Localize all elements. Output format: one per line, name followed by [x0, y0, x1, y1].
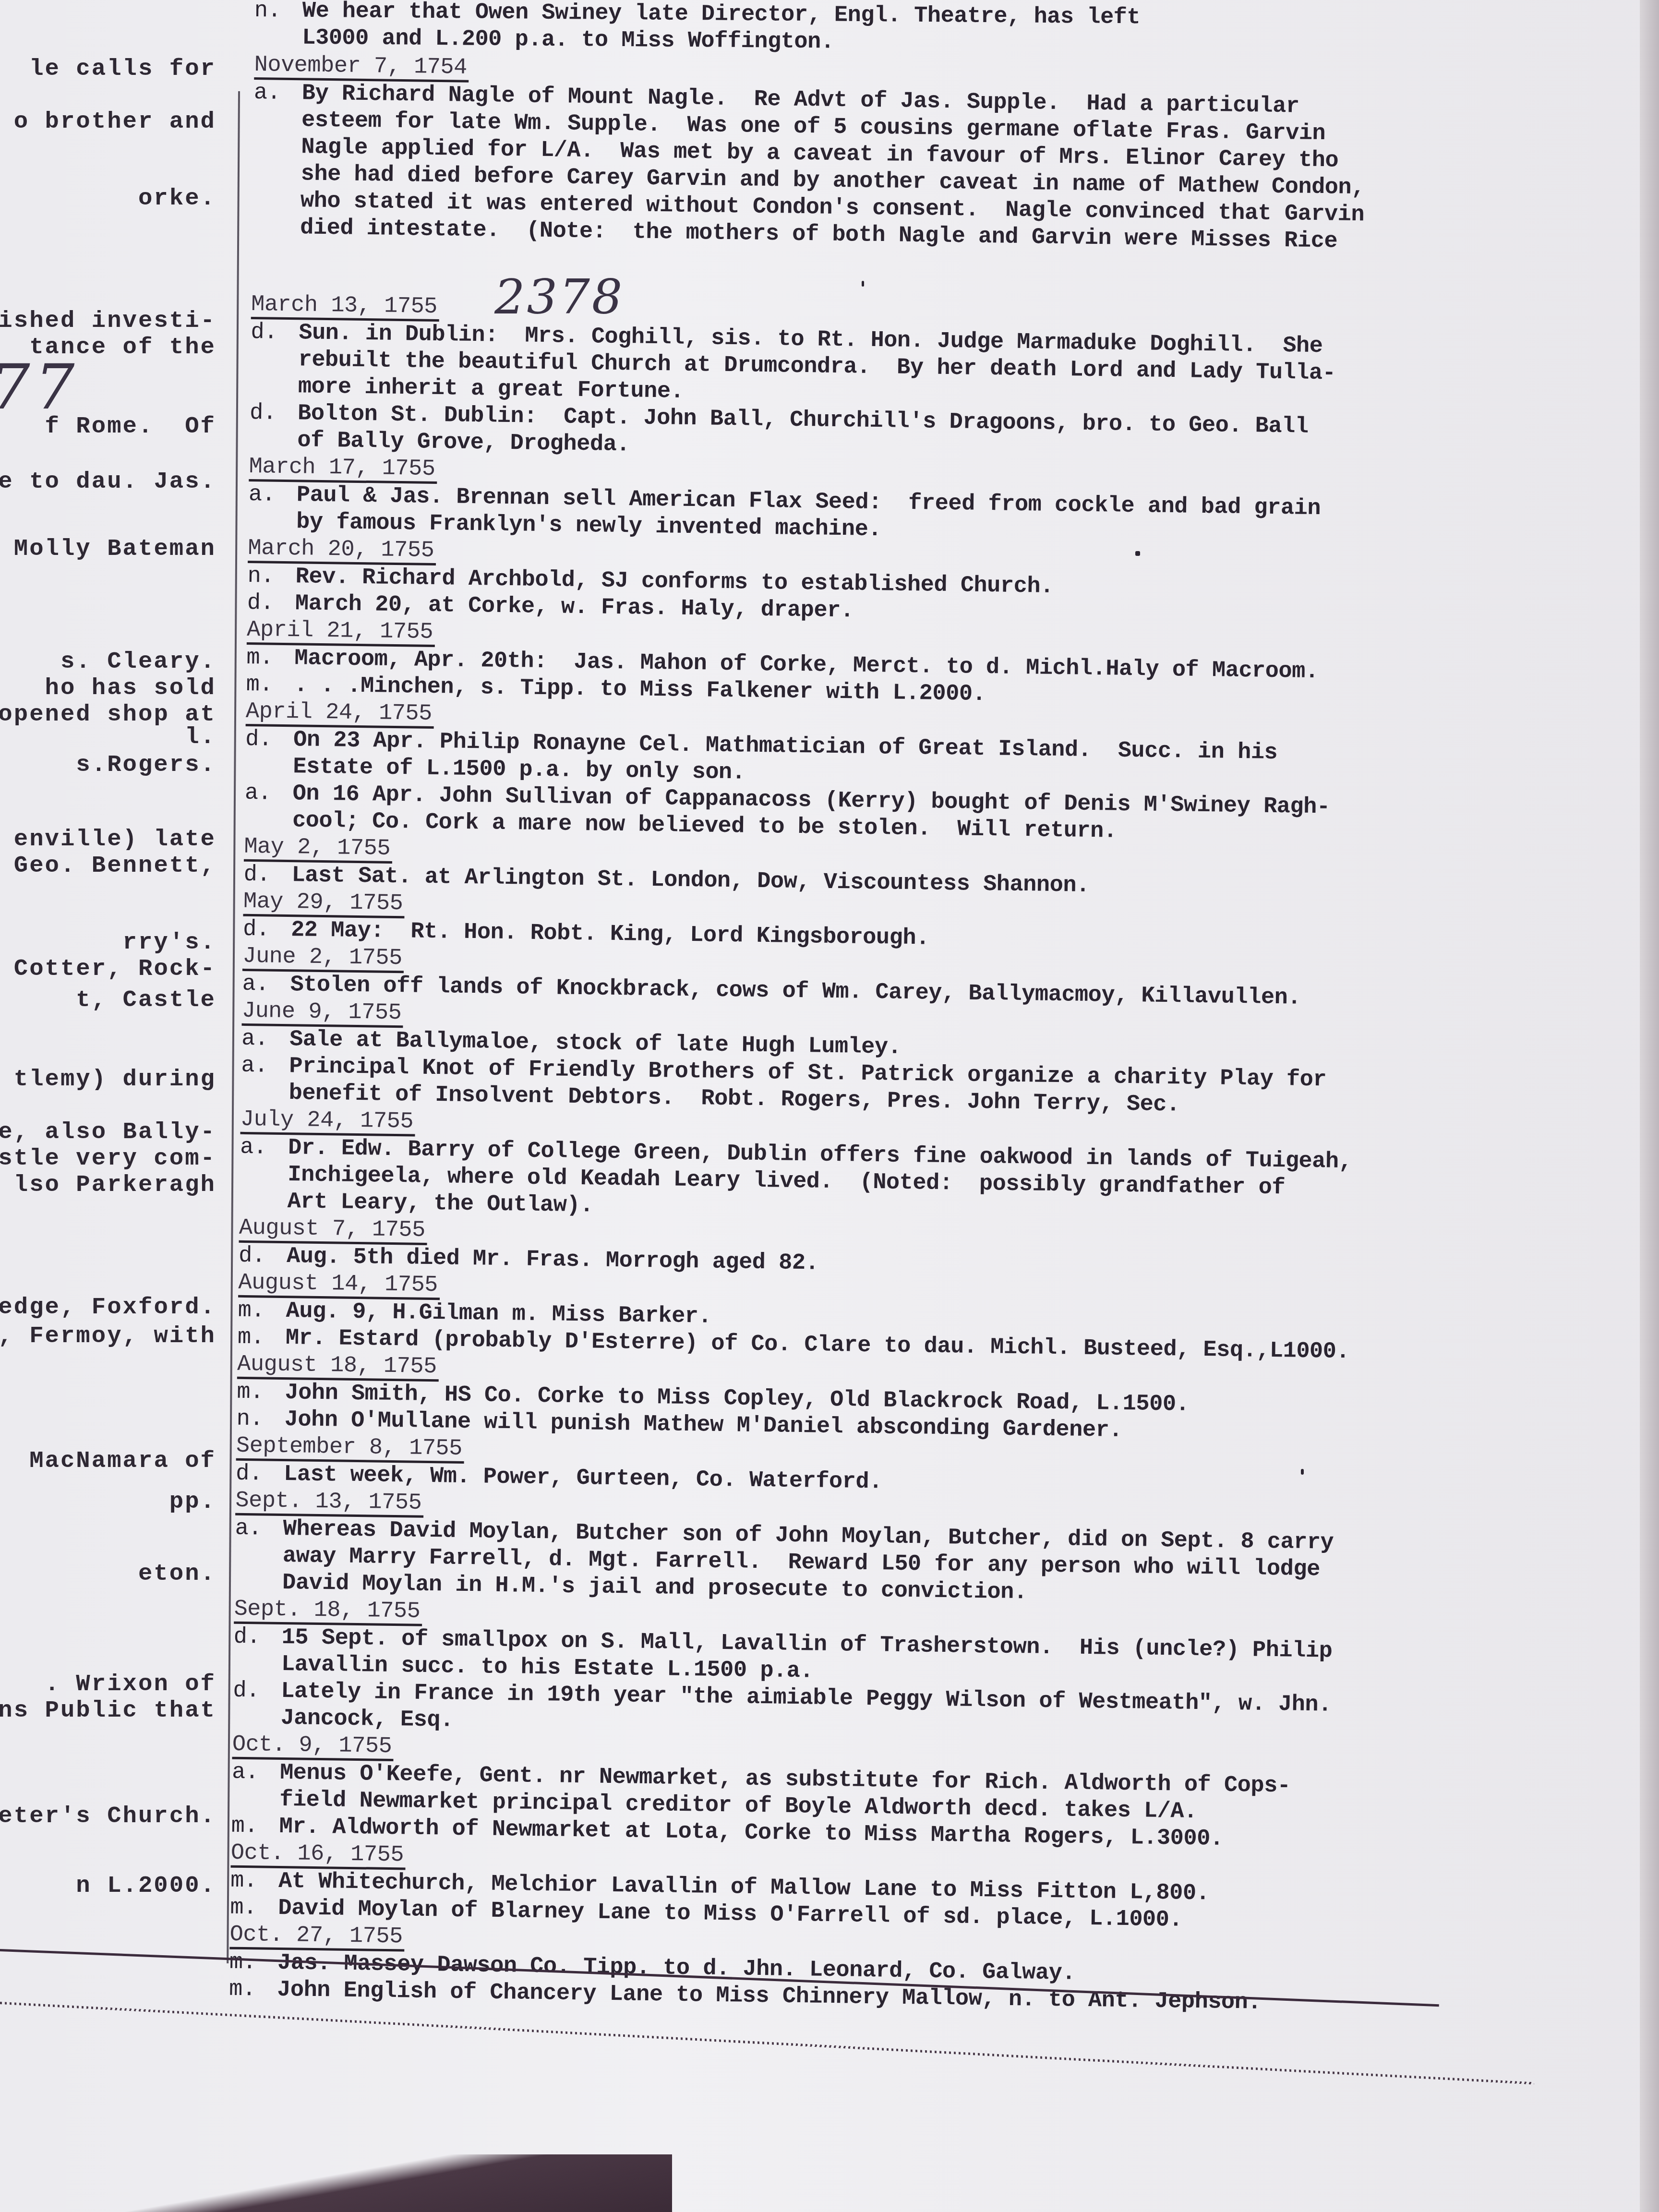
page-edge [1640, 0, 1659, 2212]
margin-text-fragment: Geo. Bennett, [14, 852, 216, 879]
margin-text-fragment: lso Parkeragh [14, 1171, 216, 1198]
dated-section: Sept. 13, 1755a.Whereas David Moylan, Bu… [234, 1488, 1532, 1613]
margin-text-fragment: opened shop at [0, 701, 216, 728]
margin-text-fragment: , Fermoy, with [0, 1322, 216, 1349]
margin-text-fragment: rry's. [123, 929, 216, 956]
top-continuation: n. We hear that Owen Swiney late Directo… [254, 0, 1551, 61]
section-date: March 20, 1755 [248, 537, 436, 565]
dated-section: July 24, 1755a.Dr. Edw. Barry of College… [239, 1106, 1537, 1232]
section-date: August 7, 1755 [239, 1216, 428, 1245]
entry-tag: d. [245, 726, 294, 754]
dated-section: April 24, 1755d.On 23 Apr. Philip Ronayn… [244, 698, 1542, 851]
entry-tag: d. [233, 1678, 281, 1705]
section-date: August 18, 1755 [237, 1353, 439, 1382]
handwritten-page-number: 2378 [494, 269, 625, 325]
section-date: June 2, 1755 [242, 945, 404, 973]
main-column: November 7, 1754a.By Richard Nagle of Mo… [229, 52, 1551, 2020]
margin-text-fragment: t, Castle [76, 986, 216, 1013]
entry-tag: m. [229, 1949, 278, 1977]
entry-tag: a. [235, 1515, 283, 1543]
section-date: Sept. 18, 1755 [234, 1598, 422, 1626]
ink-speck [1135, 551, 1140, 556]
entry-tag: d. [250, 400, 298, 427]
entry-tag: a. [241, 1026, 290, 1053]
margin-text-fragment: Peter's Church. [0, 1803, 216, 1829]
section-date: March 17, 1755 [249, 455, 437, 484]
section-date: Oct. 9, 1755 [232, 1733, 394, 1761]
margin-text-fragment: Molly Bateman [14, 535, 216, 562]
margin-text-fragment: o brother and [14, 108, 216, 135]
ink-speck [862, 281, 864, 287]
entry-tag: d. [243, 862, 292, 889]
entry-tag: d. [247, 590, 296, 617]
margin-text-fragment: ho has sold [45, 674, 216, 701]
scanned-page: le calls foro brother andorke.ished inve… [0, 0, 1659, 2212]
section-date: Oct. 16, 1755 [230, 1841, 406, 1870]
entry-tag: a. [240, 1134, 289, 1162]
margin-text-fragment: s. Cleary. [60, 648, 216, 675]
margin-text-fragment: edge, Foxford. [0, 1294, 216, 1321]
section-date: Sept. 13, 1755 [235, 1489, 424, 1518]
entry-tag: d. [243, 916, 291, 944]
margin-text-fragment: Cotter, Rock- [14, 955, 216, 982]
dated-section: March 13, 1755d.Sun. in Dublin: Mrs. Cog… [249, 241, 1548, 470]
section-date: July 24, 1755 [240, 1108, 415, 1137]
margin-text-fragment: MacNamara of [29, 1447, 216, 1474]
margin-text-fragment: le calls for [29, 55, 216, 82]
list-item: n. We hear that Owen Swiney late Directo… [254, 0, 1551, 61]
entry-tag: a. [249, 481, 297, 509]
margin-text-fragment: orke. [138, 185, 216, 212]
entry-tag: a. [241, 1053, 289, 1080]
margin-text-fragment: l. [185, 723, 216, 750]
entry-text: Whereas David Moylan, Butcher son of Joh… [282, 1516, 1531, 1613]
entry-tag: a. [254, 80, 302, 107]
handwritten-left-number: 77 [0, 350, 79, 423]
section-date: June 9, 1755 [241, 999, 403, 1028]
entry-text: Dr. Edw. Barry of College Green, Dublin … [287, 1135, 1536, 1232]
margin-text-fragment: astle very com- [0, 1145, 216, 1172]
margin-text-fragment: s.Rogers. [76, 751, 216, 778]
entry-tag: m. [229, 1976, 277, 2004]
entry-tag: a. [244, 780, 293, 807]
entry-tag: d. [233, 1624, 282, 1651]
entry-text: We hear that Owen Swiney late Director, … [302, 0, 1551, 61]
dated-section: November 7, 1754a.By Richard Nagle of Mo… [252, 52, 1551, 258]
entry-tag: m. [238, 1298, 286, 1325]
section-date: August 14, 1755 [238, 1271, 440, 1300]
entry-tag: n. [247, 563, 296, 590]
ink-speck [1301, 1469, 1304, 1475]
section-date: September 8, 1755 [236, 1434, 465, 1464]
section-date: April 24, 1755 [246, 700, 434, 729]
section-date: March 13, 1755 [251, 293, 440, 322]
entry-tag: m. [246, 645, 295, 672]
entry-tag: m. [230, 1868, 279, 1895]
entry-tag: m. [238, 1324, 286, 1352]
margin-text-fragment: n L.2000. [76, 1872, 216, 1899]
entry-tag: a. [232, 1759, 280, 1787]
entry-tag: m. [231, 1813, 279, 1840]
margin-text-fragment: enville) late [14, 826, 216, 853]
entry-tag: d. [251, 319, 299, 347]
entry-tag: d. [239, 1243, 287, 1270]
dated-section: June 9, 1755a.Sale at Ballymaloe, stock … [240, 998, 1538, 1123]
margin-text-fragment: tlemy) during [14, 1066, 216, 1093]
margin-text-fragment: ished investi- [0, 307, 216, 334]
dated-section: Oct. 27, 1755m.Jas. Massey Dawson Co. Ti… [229, 1922, 1526, 2020]
entry-text: By Richard Nagle of Mount Nagle. Re Advt… [300, 80, 1550, 258]
margin-text-fragment: e, also Bally- [0, 1118, 216, 1145]
entry-tag: m. [230, 1895, 278, 1922]
entry-tag: a. [242, 971, 290, 998]
margin-text-fragment: eton. [138, 1560, 216, 1587]
section-date: May 29, 1755 [243, 890, 405, 918]
page-shadow [0, 2154, 672, 2212]
margin-text-fragment: e to dau. Jas. [0, 468, 216, 495]
entry-tag: n. [254, 0, 302, 25]
entry-tag: m. [237, 1379, 285, 1407]
dated-section: Oct. 9, 1755a.Menus O'Keefe, Gent. nr Ne… [231, 1731, 1528, 1857]
section-date: April 21, 1755 [247, 618, 435, 647]
entry-tag: d. [236, 1461, 284, 1488]
section-date: Oct. 27, 1755 [229, 1923, 405, 1952]
entry-text: Sun. in Dublin: Mrs. Coghill, sis. to Rt… [298, 320, 1547, 417]
margin-text-fragment: ns Public that [0, 1697, 216, 1724]
entry-tag: m. [246, 672, 294, 699]
entry-tag: n. [236, 1406, 285, 1433]
list-item: a.By Richard Nagle of Mount Nagle. Re Ad… [252, 80, 1550, 258]
dated-section: Sept. 18, 1755d.15 Sept. of smallpox on … [232, 1596, 1530, 1748]
section-date: November 7, 1754 [254, 53, 469, 83]
margin-text-fragment: pp. [169, 1488, 216, 1515]
section-date: May 2, 1755 [244, 835, 392, 864]
margin-text-fragment: . Wrixon of [45, 1671, 216, 1697]
